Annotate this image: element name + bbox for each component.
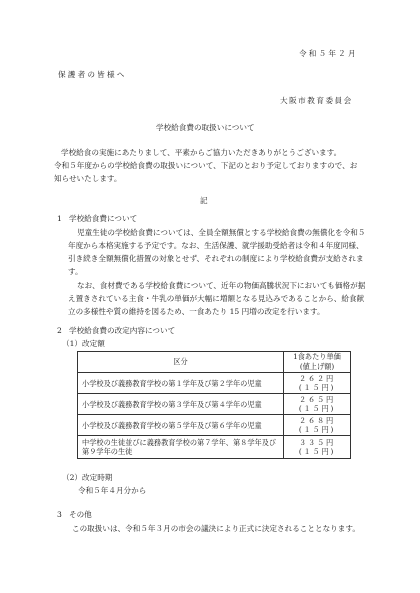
section-1-para-1-line-4: す。 bbox=[68, 267, 83, 277]
row-price: ２６５円 (１５円) bbox=[284, 394, 351, 415]
intro-line-2: 令和５年度からの学校給食費の取扱いについて、下記のとおり予定しておりますので、お bbox=[54, 161, 357, 171]
sender: 大阪市教育委員会 bbox=[280, 96, 353, 106]
header-category: 区分 bbox=[78, 352, 284, 373]
table-row: 中学校の生徒並びに義務教育学校の第７学年、第８学年及び第９学年の生徒 ３３５円 … bbox=[78, 436, 351, 459]
section-2-sub-2: （2）改定時期 bbox=[62, 473, 112, 483]
table-row: 小学校及び義務教育学校の第１学年及び第２学年の児童 ２６２円 (１５円) bbox=[78, 373, 351, 394]
row-category: 中学校の生徒並びに義務教育学校の第７学年、第８学年及び第９学年の生徒 bbox=[78, 436, 284, 459]
row-category: 小学校及び義務教育学校の第１学年及び第２学年の児童 bbox=[78, 373, 284, 394]
section-3-text: この取扱いは、令和５年３月の市会の議決により正式に決定されることとなります。 bbox=[72, 524, 360, 534]
document-date: 令和５年２月 bbox=[299, 49, 358, 59]
fee-table: 区分 1食あたり単価 (値上げ額) 小学校及び義務教育学校の第１学年及び第２学年… bbox=[77, 351, 351, 459]
fee-table-header: 区分 1食あたり単価 (値上げ額) bbox=[78, 352, 351, 373]
section-2-number: 2 bbox=[57, 326, 62, 336]
header-unit-price: 1食あたり単価 (値上げ額) bbox=[284, 352, 351, 373]
section-1-para-2-line-3: 立の多様性や質の維持を図るため、一食あたり 15 円増の改定を行います。 bbox=[68, 307, 325, 317]
row-price: ３３５円 (１５円) bbox=[284, 436, 351, 459]
intro-line-3: 知らせいたします。 bbox=[54, 174, 122, 184]
recipient: 保護者の皆様へ bbox=[58, 70, 127, 80]
section-3-number: 3 bbox=[57, 510, 62, 520]
section-2-sub-1: （1）改定額 bbox=[62, 339, 105, 349]
section-1-para-1-line-3: 引き続き全額無償化措置の対象とせず、それぞれの制度により学校給食費が支給されま bbox=[68, 254, 364, 264]
section-1-number: 1 bbox=[57, 214, 62, 224]
section-1-para-1-line-1: 児童生徒の学校給食費については、全員全額無償とする学校給食費の無償化を令和５ bbox=[77, 228, 365, 238]
section-1-heading: 学校給食費について bbox=[69, 214, 137, 224]
intro-line-1: 学校給食の実施にあたりまして、平素からご協力いただきありがとうございます。 bbox=[61, 148, 341, 158]
section-1-para-2-line-1: なお、食材費である学校給食費について、近年の物価高騰状況下においても価格が据 bbox=[77, 281, 365, 291]
row-price: ２６８円 (１５円) bbox=[284, 415, 351, 436]
section-3-heading: その他 bbox=[69, 510, 92, 520]
table-row: 小学校及び義務教育学校の第３学年及び第４学年の児童 ２６５円 (１５円) bbox=[78, 394, 351, 415]
row-category: 小学校及び義務教育学校の第５学年及び第６学年の児童 bbox=[78, 415, 284, 436]
section-1-para-2-line-2: え置きされている主食・牛乳の単価が大幅に増額となる見込みであることから、給食献 bbox=[68, 294, 364, 304]
row-price: ２６２円 (１５円) bbox=[284, 373, 351, 394]
document-title: 学校給食費の取扱いについて bbox=[156, 123, 255, 133]
section-1-para-1-line-2: 年度から本格実施する予定です。なお、生活保護、就学援助受給者は令和４年度同様、 bbox=[68, 241, 364, 251]
row-category: 小学校及び義務教育学校の第３学年及び第４学年の児童 bbox=[78, 394, 284, 415]
section-2-sub-2-text: 令和５年４月分から bbox=[78, 486, 146, 496]
ki-marker: 記 bbox=[200, 196, 208, 206]
section-2-heading: 学校給食費の改定内容について bbox=[69, 326, 175, 336]
table-row: 小学校及び義務教育学校の第５学年及び第６学年の児童 ２６８円 (１５円) bbox=[78, 415, 351, 436]
